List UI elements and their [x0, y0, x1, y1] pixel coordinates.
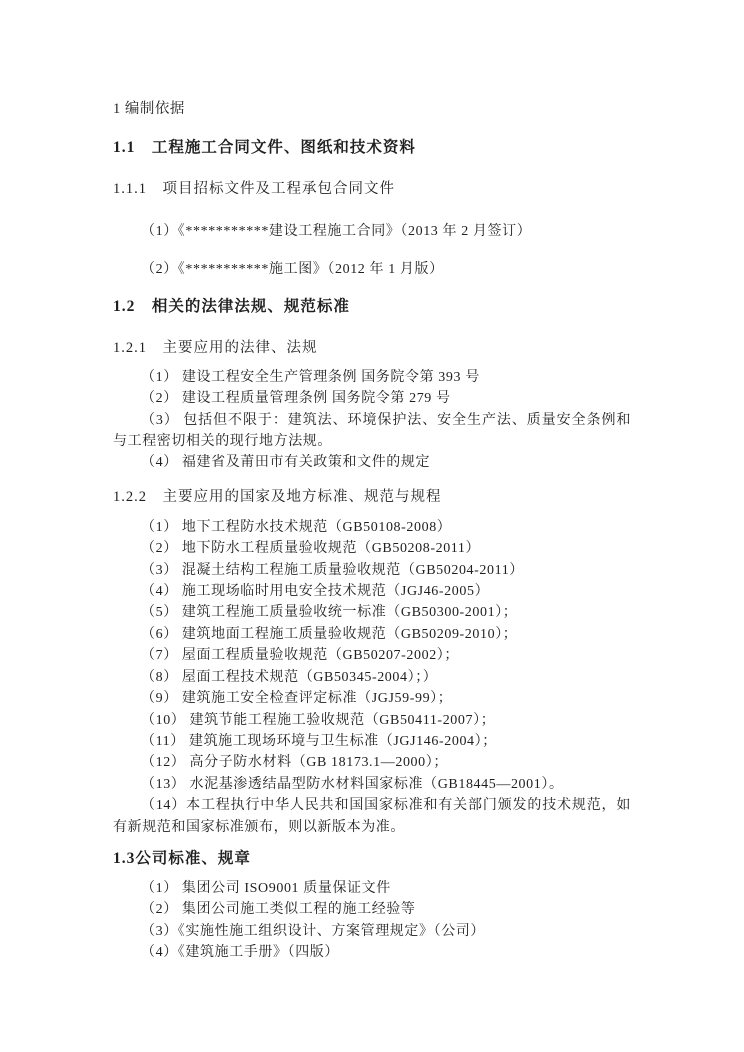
subsection-1-2-2-heading: 1.2.2 主要应用的国家及地方标准、规范与规程: [113, 487, 631, 507]
standard-item: （9） 建筑施工安全检查评定标准（JGJ59-99）；: [113, 688, 631, 709]
standard-item: （2） 地下防水工程质量验收规范（GB50208-2011）: [113, 538, 631, 559]
law-item: （3） 包括但不限于：建筑法、环境保护法、安全生产法、质量安全条例和与工程密切相…: [113, 410, 631, 453]
section-1-2-heading: 1.2 相关的法律法规、规范标准: [113, 296, 631, 317]
standard-item: （4） 施工现场临时用电安全技术规范（JGJ46-2005）: [113, 581, 631, 602]
law-item: （4） 福建省及莆田市有关政策和文件的规定: [113, 452, 631, 473]
chapter-heading: 1 编制依据: [113, 100, 631, 119]
document-page: 1 编制依据 1.1 工程施工合同文件、图纸和技术资料 1.1.1 项目招标文件…: [0, 0, 744, 1052]
standard-item: （14）本工程执行中华人民共和国国家标准和有关部门颁发的技术规范，如有新规范和国…: [113, 795, 631, 838]
standard-item: （7） 屋面工程质量验收规范（GB50207-2002）；: [113, 645, 631, 666]
standard-item: （3） 混凝土结构工程施工质量验收规范（GB50204-2011）: [113, 560, 631, 581]
law-item: （2） 建设工程质量管理条例 国务院令第 279 号: [113, 388, 631, 409]
company-rule-item: （3）《实施性施工组织设计、方案管理规定》（公司）: [113, 921, 631, 942]
subsection-1-1-1-heading: 1.1.1 项目招标文件及工程承包合同文件: [113, 179, 631, 199]
standard-item: （6） 建筑地面工程施工质量验收规范（GB50209-2010）；: [113, 624, 631, 645]
standard-item: （11） 建筑施工现场环境与卫生标准（JGJ146-2004）；: [113, 731, 631, 752]
standard-item: （5） 建筑工程施工质量验收统一标准（GB50300-2001）；: [113, 602, 631, 623]
standard-item: （13） 水泥基渗透结晶型防水材料国家标准（GB18445—2001）。: [113, 774, 631, 795]
section-1-3-heading: 1.3公司标准、规章: [113, 848, 631, 869]
law-item: （1） 建设工程安全生产管理条例 国务院令第 393 号: [113, 367, 631, 388]
section-1-1-heading: 1.1 工程施工合同文件、图纸和技术资料: [113, 137, 631, 158]
standard-item: （1） 地下工程防水技术规范（GB50108-2008）: [113, 517, 631, 538]
company-rule-item: （4）《建筑施工手册》（四版）: [113, 942, 631, 963]
standard-item: （10） 建筑节能工程施工验收规范（GB50411-2007）；: [113, 710, 631, 731]
company-rule-item: （1） 集团公司 ISO9001 质量保证文件: [113, 878, 631, 899]
list-item-drawings: （2）《***********施工图》（2012 年 1 月版）: [113, 259, 631, 280]
standard-item: （12） 高分子防水材料（GB 18173.1—2000）；: [113, 752, 631, 773]
standard-item: （8） 屋面工程技术规范（GB50345-2004）；）: [113, 667, 631, 688]
company-rule-item: （2） 集团公司施工类似工程的施工经验等: [113, 899, 631, 920]
subsection-1-2-1-heading: 1.2.1 主要应用的法律、法规: [113, 338, 631, 358]
list-item-contract: （1）《***********建设工程施工合同》（2013 年 2 月签订）: [113, 221, 631, 242]
